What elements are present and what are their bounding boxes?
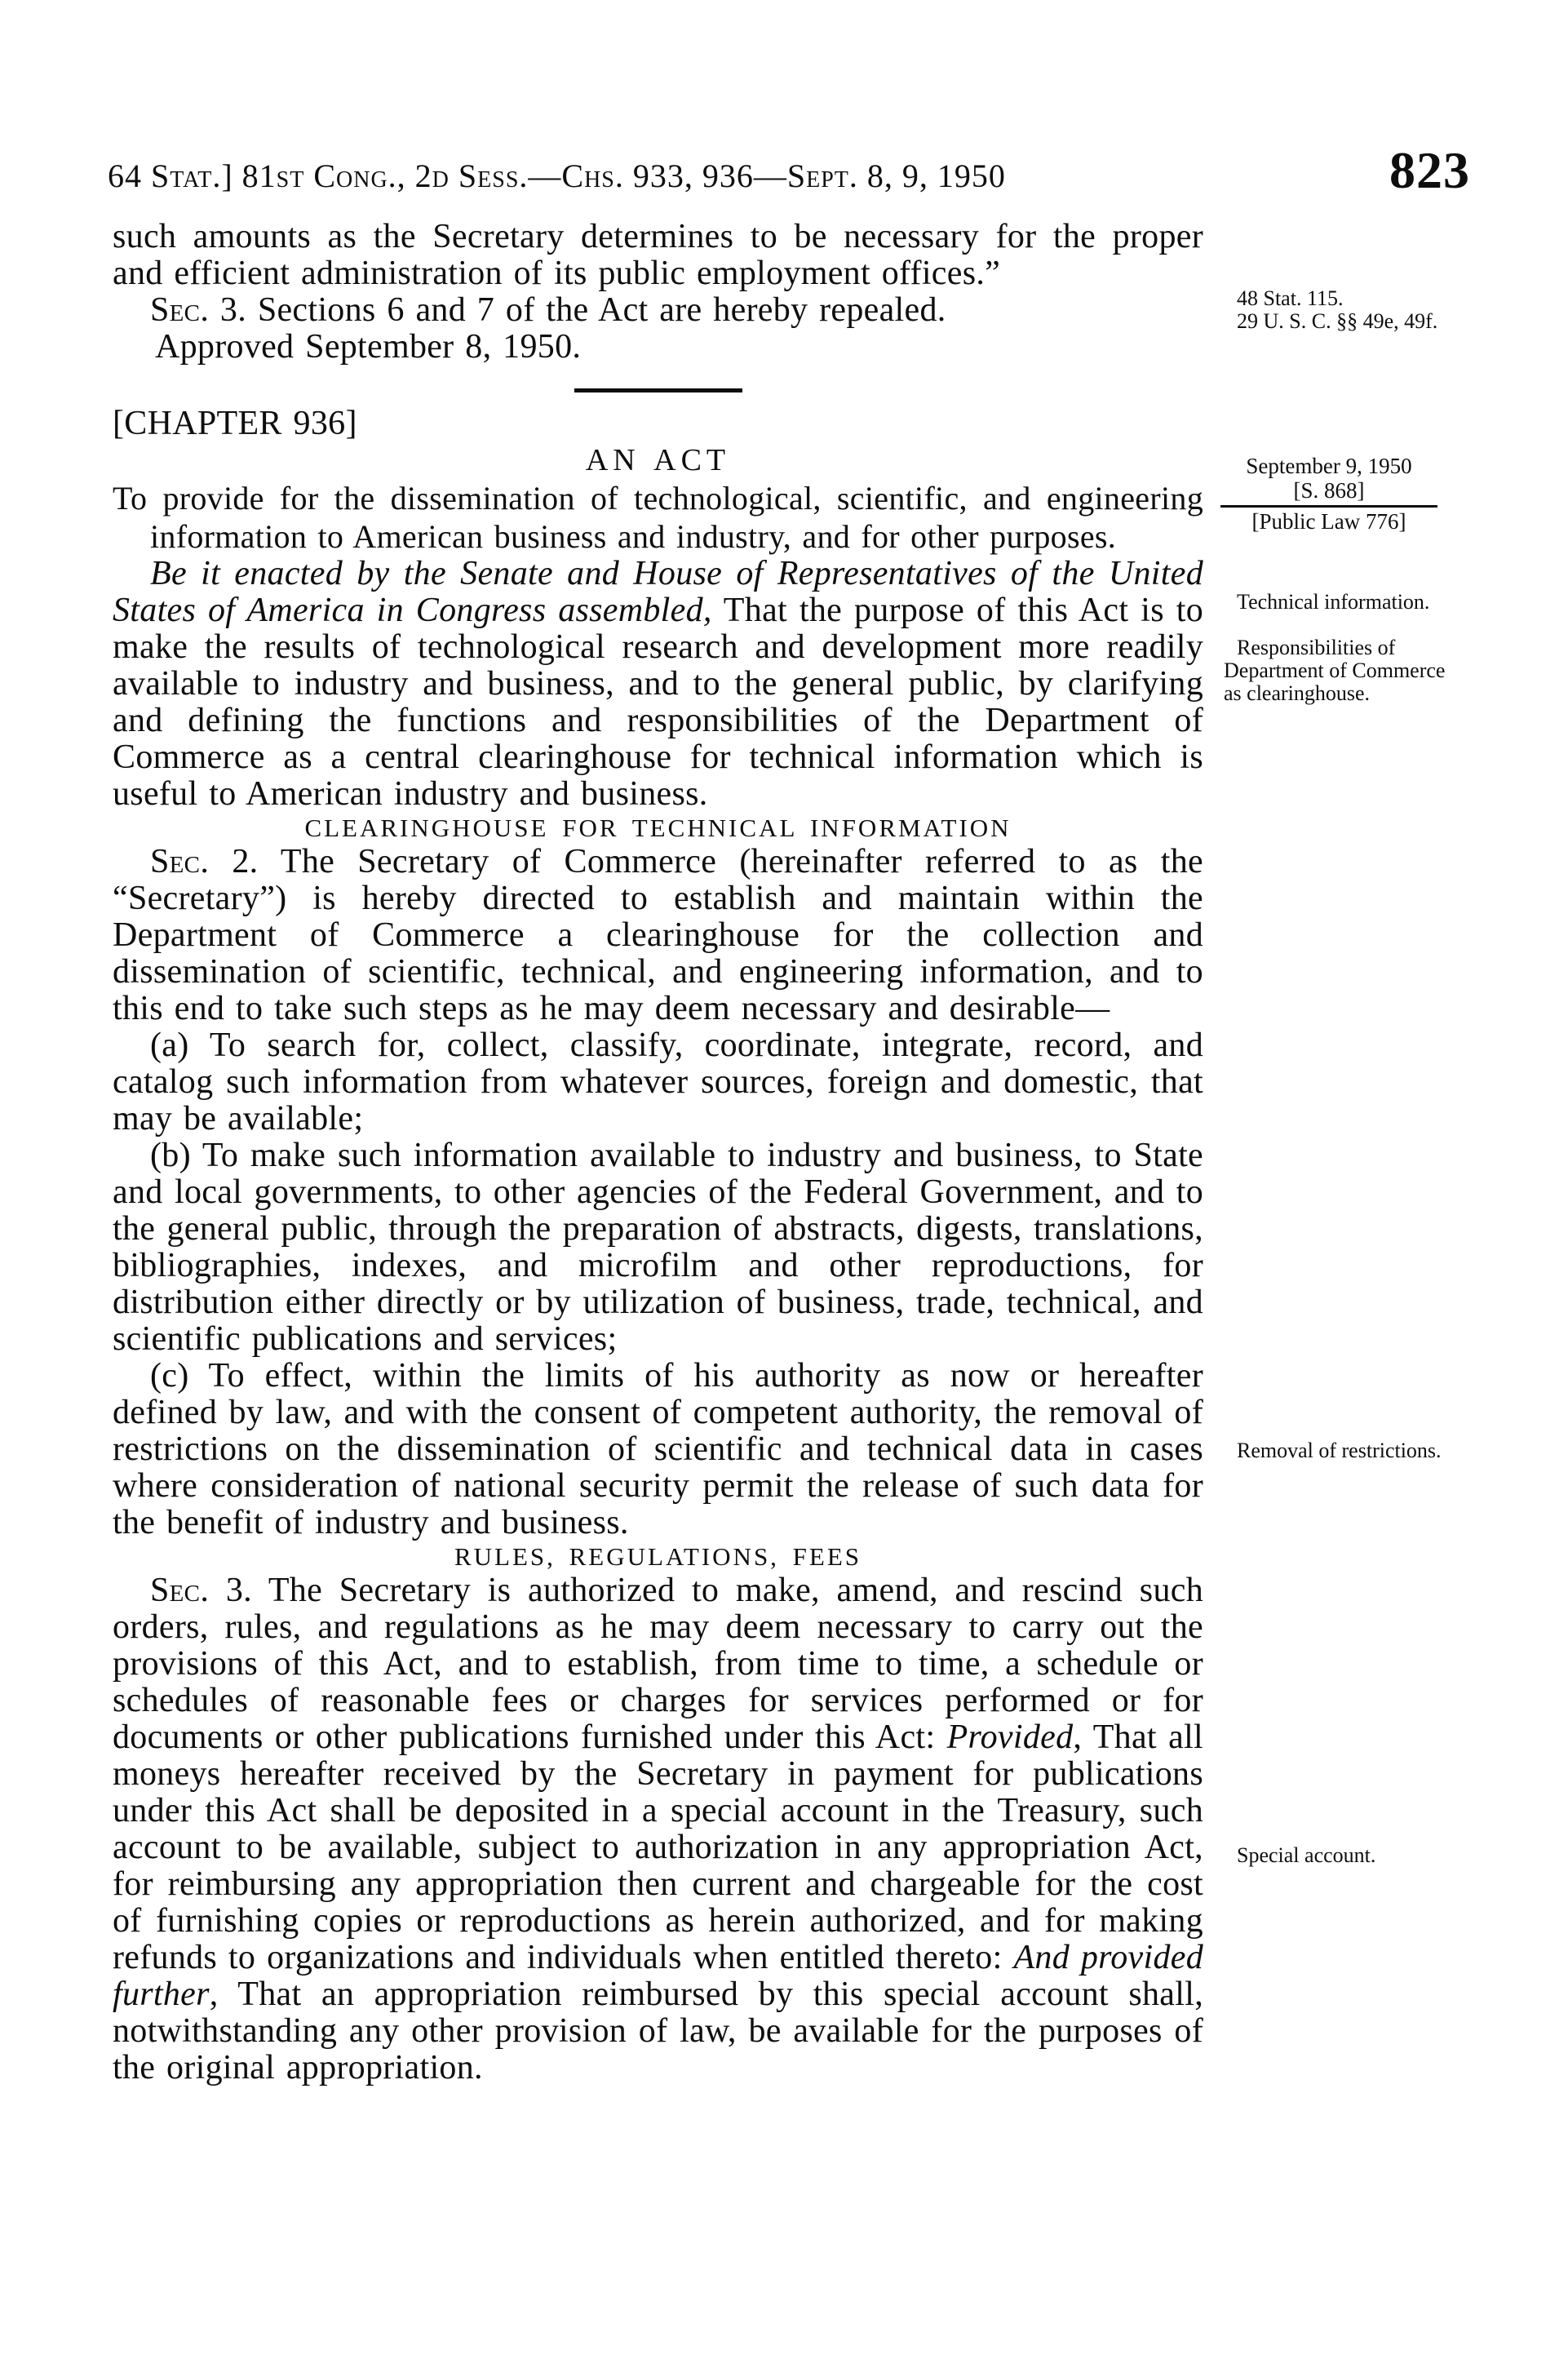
an-act-heading: AN ACT bbox=[113, 442, 1203, 479]
margin-note-technical-information: Technical information. bbox=[1224, 591, 1452, 614]
section-3-paragraph: Sec. 3. The Secretary is authorized to m… bbox=[113, 1572, 1203, 2087]
chapter936-heading: [CHAPTER 936] bbox=[113, 406, 1203, 442]
act-title: To provide for the dissemination of tech… bbox=[113, 479, 1203, 556]
section-label: Sec. bbox=[150, 843, 209, 880]
margin-note-line: 48 Stat. 115. bbox=[1224, 287, 1452, 310]
section-text: , That an appropriation reimbursed by th… bbox=[113, 1976, 1203, 2087]
chapter933-closing-paragraph: such amounts as the Secretary determines… bbox=[113, 219, 1203, 292]
margin-note-special-account: Special account. bbox=[1224, 1844, 1452, 1867]
chapter933-sec3-line: Sec. 3. Sections 6 and 7 of the Act are … bbox=[113, 292, 1203, 329]
item-c-paragraph: (c) To effect, within the limits of his … bbox=[113, 1358, 1203, 1541]
enactment-date: September 9, 1950 bbox=[1220, 454, 1437, 478]
enacting-clause-paragraph: Be it enacted by the Senate and House of… bbox=[113, 556, 1203, 813]
proviso-italic: Provided bbox=[947, 1718, 1074, 1756]
margin-note-line: Special account. bbox=[1224, 1844, 1452, 1867]
margin-note-line: Removal of restrictions. bbox=[1224, 1439, 1452, 1462]
margin-note-statute-citation: 48 Stat. 115. 29 U. S. C. §§ 49e, 49f. bbox=[1224, 287, 1452, 333]
page-number: 823 bbox=[1389, 140, 1470, 201]
rules-regulations-fees-heading: RULES, REGULATIONS, FEES bbox=[113, 1541, 1203, 1572]
margin-note-responsibilities: Responsibilities of Department of Commer… bbox=[1224, 636, 1452, 705]
bill-number: [S. 868] bbox=[1220, 478, 1437, 503]
session-line: 81st Cong., 2d Sess.—Chs. 933, 936—Sept.… bbox=[233, 157, 1006, 194]
running-head: 64 Stat.] 81st Cong., 2d Sess.—Chs. 933,… bbox=[108, 157, 1006, 195]
clearinghouse-heading: CLEARINGHOUSE FOR TECHNICAL INFORMATION bbox=[113, 813, 1203, 844]
volume-citation: 64 Stat.] bbox=[108, 157, 233, 194]
section-label: Sec. bbox=[150, 291, 209, 329]
margin-note-line: Technical information. bbox=[1224, 591, 1452, 614]
date-block-rule bbox=[1220, 505, 1437, 508]
margin-note-line: Responsibilities of Department of Commer… bbox=[1224, 636, 1452, 705]
text-column: such amounts as the Secretary determines… bbox=[113, 219, 1203, 2087]
public-law-number: [Public Law 776] bbox=[1220, 509, 1437, 534]
item-a-paragraph: (a) To search for, collect, classify, co… bbox=[113, 1027, 1203, 1138]
section-text: , That all moneys hereafter received by … bbox=[113, 1718, 1203, 1976]
approved-line: Approved September 8, 1950. bbox=[113, 329, 1203, 366]
margin-note-line: 29 U. S. C. §§ 49e, 49f. bbox=[1224, 310, 1452, 333]
item-b-paragraph: (b) To make such information available t… bbox=[113, 1138, 1203, 1358]
section-text: 2. The Secretary of Commerce (hereinafte… bbox=[113, 843, 1203, 1027]
margin-note-removal-of-restrictions: Removal of restrictions. bbox=[1224, 1439, 1452, 1462]
section-text: 3. Sections 6 and 7 of the Act are hereb… bbox=[209, 291, 946, 329]
section-2-paragraph: Sec. 2. The Secretary of Commerce (herei… bbox=[113, 844, 1203, 1027]
margin-note-date-block: September 9, 1950 [S. 868] [Public Law 7… bbox=[1220, 454, 1437, 534]
section-label: Sec. bbox=[150, 1572, 209, 1609]
statute-page: 64 Stat.] 81st Cong., 2d Sess.—Chs. 933,… bbox=[0, 0, 1568, 2377]
section-divider-rule bbox=[574, 388, 742, 392]
